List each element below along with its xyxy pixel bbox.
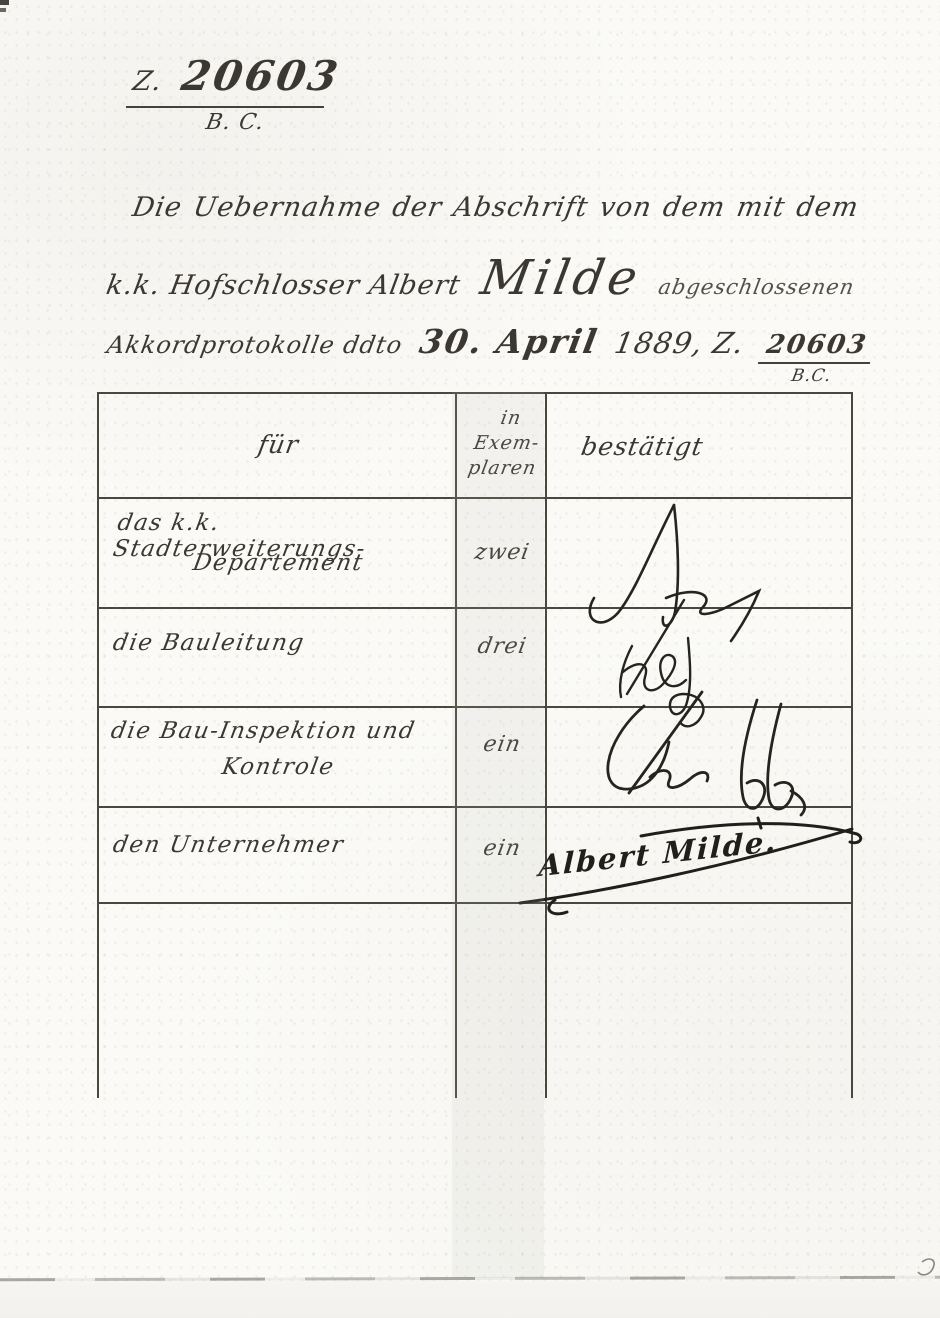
protocol-date: 30. April	[417, 322, 602, 361]
handwritten-word: Abschrift	[451, 192, 591, 223]
handwritten-word: Uebernahme	[191, 192, 384, 223]
table-row-recipient: die Bauleitung	[111, 630, 460, 656]
table-row-recipient: Kontrole	[97, 754, 460, 780]
contractor-name: Milde	[477, 250, 646, 306]
body-line-2: k.k. Hofschlosser Albert Milde abgeschlo…	[103, 250, 861, 306]
scanner-streak	[452, 392, 544, 1278]
body-line-1: Die Uebernahme der Abschrift von dem mit…	[130, 192, 861, 223]
body-line-3: Akkordprotokolle ddto 30. April 1889, Z.…	[100, 322, 877, 386]
handwritten-word: der	[390, 192, 445, 223]
document-page: Z. 20603 B. C. Die Uebernahme der Abschr…	[0, 0, 940, 1318]
contractor-title: k.k. Hofschlosser Albert	[104, 270, 463, 301]
reference-number-line: Z. 20603	[130, 52, 344, 100]
scan-speck	[0, 0, 9, 5]
scan-speck	[0, 8, 6, 12]
handwritten-word: von	[597, 192, 654, 223]
protocol-reference-number: 20603	[757, 330, 875, 364]
handwritten-word: mit	[734, 192, 788, 223]
protocol-reference-office: B.C.	[790, 364, 834, 386]
body-line-2-tail: abgeschlossenen	[657, 275, 857, 299]
protocol-reference-fraction: 20603 B.C.	[754, 330, 876, 386]
table-header-bestaetigt: bestätigt	[579, 432, 856, 461]
handwritten-word: dem	[661, 192, 728, 223]
protocol-year: 1889, Z.	[612, 326, 747, 360]
reference-office: B. C.	[178, 110, 292, 135]
table-row-recipient: die Bau-Inspektion und	[109, 718, 460, 744]
handwritten-word: dem	[794, 192, 861, 223]
reference-number: 20603	[178, 52, 344, 100]
protocol-word: Akkordprotokolle ddto	[105, 331, 405, 359]
paper-bottom-area	[0, 1281, 940, 1318]
reference-underline	[126, 106, 324, 108]
table-row-recipient: den Unternehmer	[111, 832, 460, 858]
reference-prefix: Z.	[131, 66, 165, 97]
handwritten-word: Die	[130, 192, 185, 223]
table-row-recipient: Departement	[97, 550, 460, 576]
table-header-fuer: für	[97, 430, 460, 459]
